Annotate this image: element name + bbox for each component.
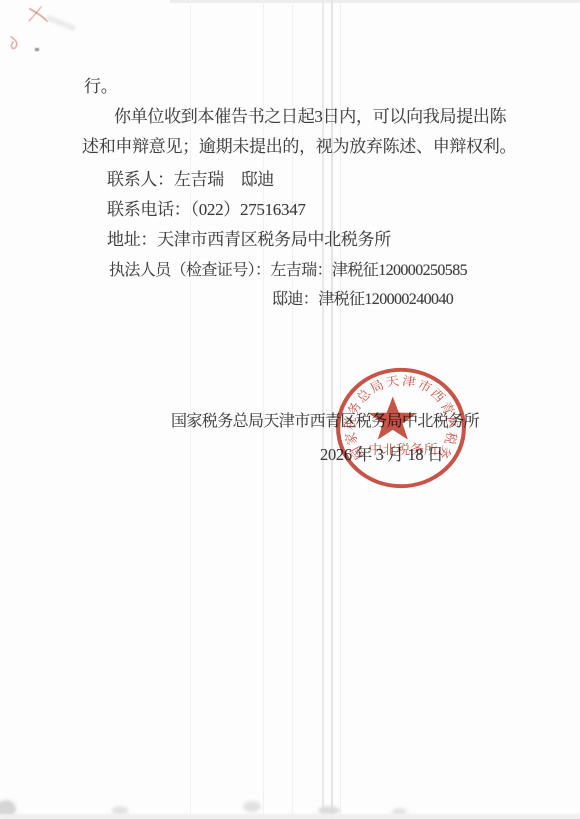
red-scribble-icon — [11, 37, 17, 49]
body-trailing-text: 行。 — [84, 76, 117, 98]
scan-smudge — [243, 801, 261, 812]
officer-id-line1: 执法人员（检查证号）：左吉瑞：津税征120000250585 — [109, 260, 467, 282]
scanned-document-page: 行。 你单位收到本催告书之日起3日内，可以向我局提出陈 述和申辩意见；逾期未提出… — [0, 0, 580, 819]
scan-edge-band — [170, 0, 580, 3]
address-line: 地址：天津市西青区税务局中北税务所 — [107, 229, 391, 251]
seal-bottom-text: 中北税务所 — [368, 441, 437, 456]
contact-person-line: 联系人：左吉瑞 邸迪 — [107, 169, 274, 191]
scan-speck — [35, 48, 39, 51]
body-paragraph-line2: 述和申辩意见；逾期未提出的，视为放弃陈述、申辩权利。 — [82, 136, 516, 158]
star-icon — [368, 397, 417, 440]
contact-phone-line: 联系电话：（022）27516347 — [107, 199, 306, 221]
pen-scribble-marks — [0, 0, 80, 60]
body-paragraph-line1: 你单位收到本催告书之日起3日内，可以向我局提出陈 — [114, 106, 506, 128]
officer-id-line2: 邸迪：津税征120000240040 — [272, 289, 453, 311]
official-seal: 国家税务总局天津市西青区税务局 中北税务所 — [334, 366, 468, 490]
scan-edge-band — [0, 814, 580, 819]
